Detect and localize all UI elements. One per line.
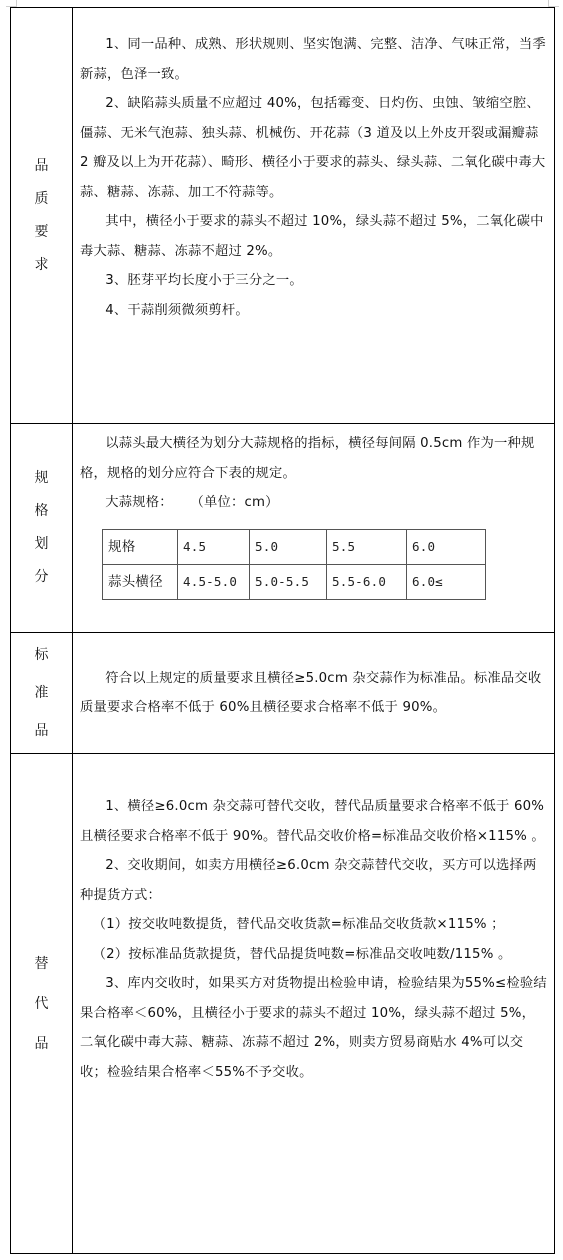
label-char: 质 [35, 183, 49, 216]
section-content-standard: 符合以上规定的质量要求且横径≥5.0cm 杂交蒜作为标准品。标准品交收质量要求合… [73, 633, 555, 754]
paragraph: 3、库内交收时，如果买方对货物提出检验申请，检验结果为55%≤检验结果合格率＜6… [80, 969, 548, 1087]
label-char: 品 [35, 150, 49, 183]
paragraph: 1、同一品种、成熟、形状规则、坚实饱满、完整、洁净、气味正常，当季新蒜，色泽一致… [80, 30, 548, 89]
section-label-standard: 标 准 品 [11, 633, 73, 754]
paragraph: 符合以上规定的质量要求且横径≥5.0cm 杂交蒜作为标准品。标准品交收质量要求合… [80, 664, 548, 723]
paragraph: 其中，横径小于要求的蒜头不超过 10%，绿头蒜不超过 5%，二氧化碳中毒大蒜、糖… [80, 207, 548, 266]
page-corner-mark [548, 0, 559, 7]
paragraph: 1、横径≥6.0cm 杂交蒜可替代交收，替代品质量要求合格率不低于 60%且横径… [80, 792, 548, 851]
paragraph: 以蒜头最大横径为划分大蒜规格的指标，横径每间隔 0.5cm 作为一种规格，规格的… [80, 429, 548, 488]
page-corner-mark [6, 0, 17, 7]
label-char: 品 [35, 712, 49, 750]
label-char: 标 [35, 636, 49, 674]
paragraph: 4、干蒜削须微须剪杆。 [80, 296, 548, 326]
section-content-substitute: 1、横径≥6.0cm 杂交蒜可替代交收，替代品质量要求合格率不低于 60%且横径… [73, 754, 555, 1254]
spec-row-header: 蒜头横径 [103, 564, 178, 599]
paragraph: 2、缺陷蒜头质量不应超过 40%，包括霉变、日灼伤、虫蚀、皱缩空腔、僵蒜、无米气… [80, 89, 548, 207]
spec-cell: 4.5-5.0 [178, 564, 250, 599]
paragraph: 2、交收期间，如卖方用横径≥6.0cm 杂交蒜替代交收，买方可以选择两种提货方式… [80, 851, 548, 910]
spec-cell: 5.5 [327, 529, 407, 564]
spec-cell: 6.0≤ [407, 564, 486, 599]
row-substitute-product: 替 代 品 1、横径≥6.0cm 杂交蒜可替代交收，替代品质量要求合格率不低于 … [11, 754, 555, 1254]
row-standard-product: 标 准 品 符合以上规定的质量要求且横径≥5.0cm 杂交蒜作为标准品。标准品交… [11, 633, 555, 754]
garlic-spec-table: 规格 4.5 5.0 5.5 6.0 蒜头横径 4.5-5.0 5.0-5.5 … [102, 529, 486, 600]
spec-table-row-diameter: 蒜头横径 4.5-5.0 5.0-5.5 5.5-6.0 6.0≤ [103, 564, 486, 599]
label-char: 要 [35, 216, 49, 249]
paragraph: 3、胚芽平均长度小于三分之一。 [80, 266, 548, 296]
row-quality-requirements: 品 质 要 求 1、同一品种、成熟、形状规则、坚实饱满、完整、洁净、气味正常，当… [11, 8, 555, 424]
spec-cell: 5.5-6.0 [327, 564, 407, 599]
section-label-quality: 品 质 要 求 [11, 8, 73, 424]
spec-cell: 5.0 [250, 529, 327, 564]
row-spec-division: 规 格 划 分 以蒜头最大横径为划分大蒜规格的指标，横径每间隔 0.5cm 作为… [11, 424, 555, 633]
label-char: 替 [35, 944, 49, 984]
label-char: 分 [35, 561, 49, 594]
specification-table: 品 质 要 求 1、同一品种、成熟、形状规则、坚实饱满、完整、洁净、气味正常，当… [10, 7, 555, 1254]
label-char: 规 [35, 462, 49, 495]
label-char: 品 [35, 1024, 49, 1064]
spec-table-row-grade: 规格 4.5 5.0 5.5 6.0 [103, 529, 486, 564]
spec-cell: 6.0 [407, 529, 486, 564]
paragraph: （2）按标准品货款提货，替代品提货吨数=标准品交收吨数/115% 。 [80, 940, 548, 970]
section-label-spec: 规 格 划 分 [11, 424, 73, 633]
label-char: 划 [35, 528, 49, 561]
spec-cell: 4.5 [178, 529, 250, 564]
section-content-quality: 1、同一品种、成熟、形状规则、坚实饱满、完整、洁净、气味正常，当季新蒜，色泽一致… [73, 8, 555, 424]
paragraph: （1）按交收吨数提货，替代品交收货款=标准品交收货款×115% ； [80, 910, 548, 940]
spec-cell: 5.0-5.5 [250, 564, 327, 599]
label-char: 准 [35, 674, 49, 712]
spec-table-caption: 大蒜规格： （单位：cm） [80, 488, 548, 518]
label-char: 代 [35, 984, 49, 1024]
spec-row-header: 规格 [103, 529, 178, 564]
label-char: 格 [35, 495, 49, 528]
section-content-spec: 以蒜头最大横径为划分大蒜规格的指标，横径每间隔 0.5cm 作为一种规格，规格的… [73, 424, 555, 633]
label-char: 求 [35, 249, 49, 282]
section-label-substitute: 替 代 品 [11, 754, 73, 1254]
